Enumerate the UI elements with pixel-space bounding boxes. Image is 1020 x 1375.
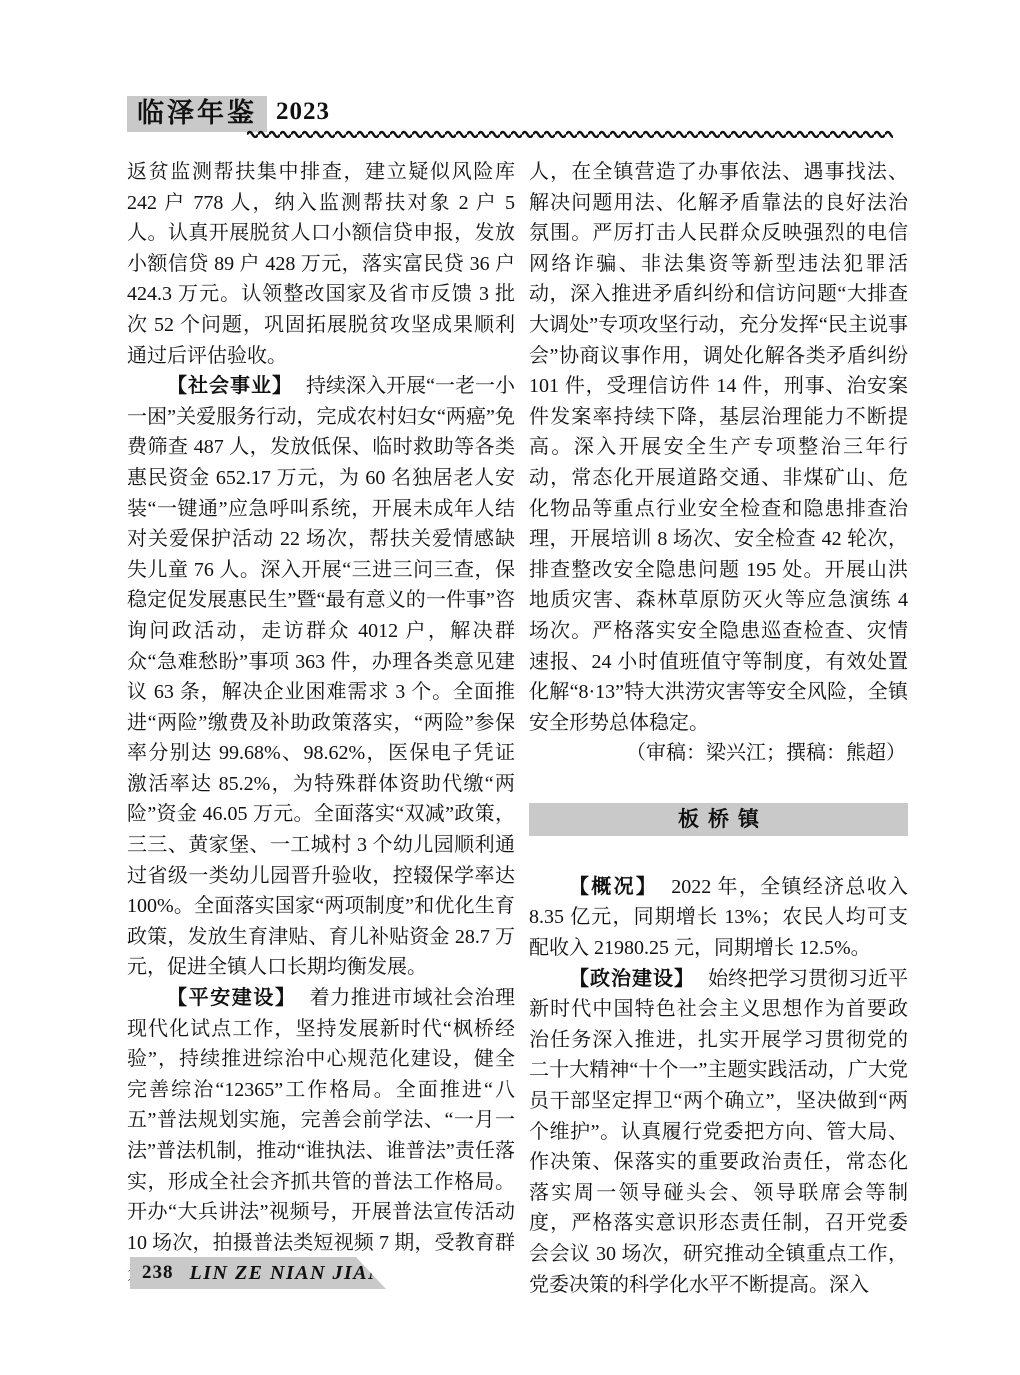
continued-paragraph: 人，在全镇营造了办事依法、遇事找法、解决问题用法、化解矛盾靠法的良好法治氛围。严… — [529, 157, 908, 738]
page-footer-banner: 238 LIN ZE NIAN JIAN — [130, 1257, 386, 1289]
wavy-divider-line — [247, 127, 893, 138]
entry-political-construction: 【政治建设】始终把学习贯彻习近平新时代中国特色社会主义思想作为首要政治任务深入推… — [529, 964, 908, 1301]
entry-overview: 【概况】2022 年，全镇经济总收入 8.35 亿元，同期增长 13%；农民人均… — [529, 872, 908, 964]
entry-text: 始终把学习贯彻习近平新时代中国特色社会主义思想作为首要政治任务深入推进，扎实开展… — [529, 968, 908, 1296]
footer-running-title: LIN ZE NIAN JIAN — [190, 1262, 385, 1285]
entry-social-affairs: 【社会事业】持续深入开展“一老一小一困”关爱服务行动，完成农村妇女“两癌”免费筛… — [127, 371, 515, 983]
right-column: 人，在全镇营造了办事依法、遇事找法、解决问题用法、化解矛盾靠法的良好法治氛围。严… — [529, 157, 908, 1300]
entry-heading: 【概况】 — [569, 876, 671, 898]
entry-heading: 【政治建设】 — [569, 968, 708, 990]
section-banner-banqiao-town: 板桥镇 — [529, 803, 908, 836]
continued-paragraph: 返贫监测帮扶集中排查，建立疑似风险库 242 户 778 人，纳入监测帮扶对象 … — [127, 157, 515, 371]
page-number: 238 — [142, 1262, 174, 1284]
entry-text: 持续深入开展“一老一小一困”关爱服务行动，完成农村妇女“两癌”免费筛查 487 … — [127, 375, 515, 978]
left-column: 返贫监测帮扶集中排查，建立疑似风险库 242 户 778 人，纳入监测帮扶对象 … — [127, 157, 515, 1289]
edition-year: 2023 — [276, 98, 330, 126]
entry-text: 着力推进市域社会治理现代化试点工作，坚持发展新时代“枫桥经验”，持续推进综治中心… — [127, 987, 515, 1284]
entry-public-safety: 【平安建设】着力推进市域社会治理现代化试点工作，坚持发展新时代“枫桥经验”，持续… — [127, 983, 515, 1289]
yearbook-title-banner: 临泽年鉴 — [127, 96, 267, 132]
entry-heading: 【社会事业】 — [167, 375, 306, 397]
entry-heading: 【平安建设】 — [167, 987, 310, 1009]
yearbook-page: 临泽年鉴 2023 返贫监测帮扶集中排查，建立疑似风险库 242 户 778 人… — [0, 0, 1020, 1375]
byline: （审稿：梁兴江；撰稿：熊超） — [529, 738, 908, 769]
